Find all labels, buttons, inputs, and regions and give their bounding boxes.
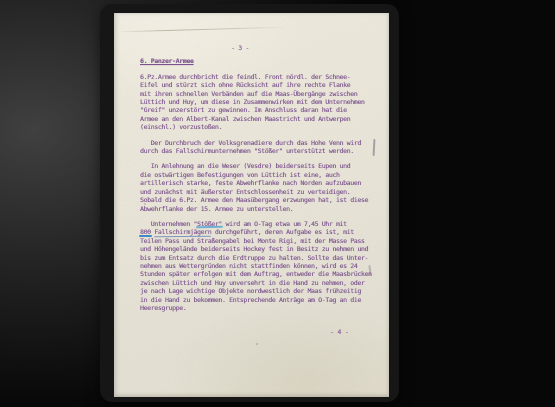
document-heading: 6. Panzer-Armee [140, 57, 378, 65]
paragraph-block: In Anlehnung an die Weser (Vesdre) beide… [140, 162, 378, 212]
page-number-bottom: - 4 - [330, 328, 349, 336]
paragraph-4: Unternehmen "Stößer" wird am O-Tag etwa … [140, 220, 378, 312]
paragraph-3: In Anlehnung an die Weser (Vesdre) beide… [140, 162, 378, 212]
paper-crease [116, 27, 286, 33]
document-page: - 3 - 6. Panzer-Armee 6.Pz.Armee durchbr… [114, 13, 389, 397]
paragraph-block: 6.Pz.Armee durchbricht die feindl. Front… [140, 73, 378, 132]
paragraph-1: 6.Pz.Armee durchbricht die feindl. Front… [140, 73, 378, 132]
typed-text-column: - 3 - 6. Panzer-Armee 6.Pz.Armee durchbr… [140, 44, 378, 319]
paragraph-2: Der Durchbruch der Volksgrenadiere durch… [140, 139, 378, 156]
page-number-top: - 3 - [140, 44, 378, 52]
scan-scene: - 3 - 6. Panzer-Armee 6.Pz.Armee durchbr… [0, 0, 555, 407]
paragraph-block: Der Durchbruch der Volksgrenadiere durch… [140, 139, 378, 156]
paragraph-block: Unternehmen "Stößer" wird am O-Tag etwa … [140, 220, 378, 312]
paper-speck [256, 343, 258, 345]
